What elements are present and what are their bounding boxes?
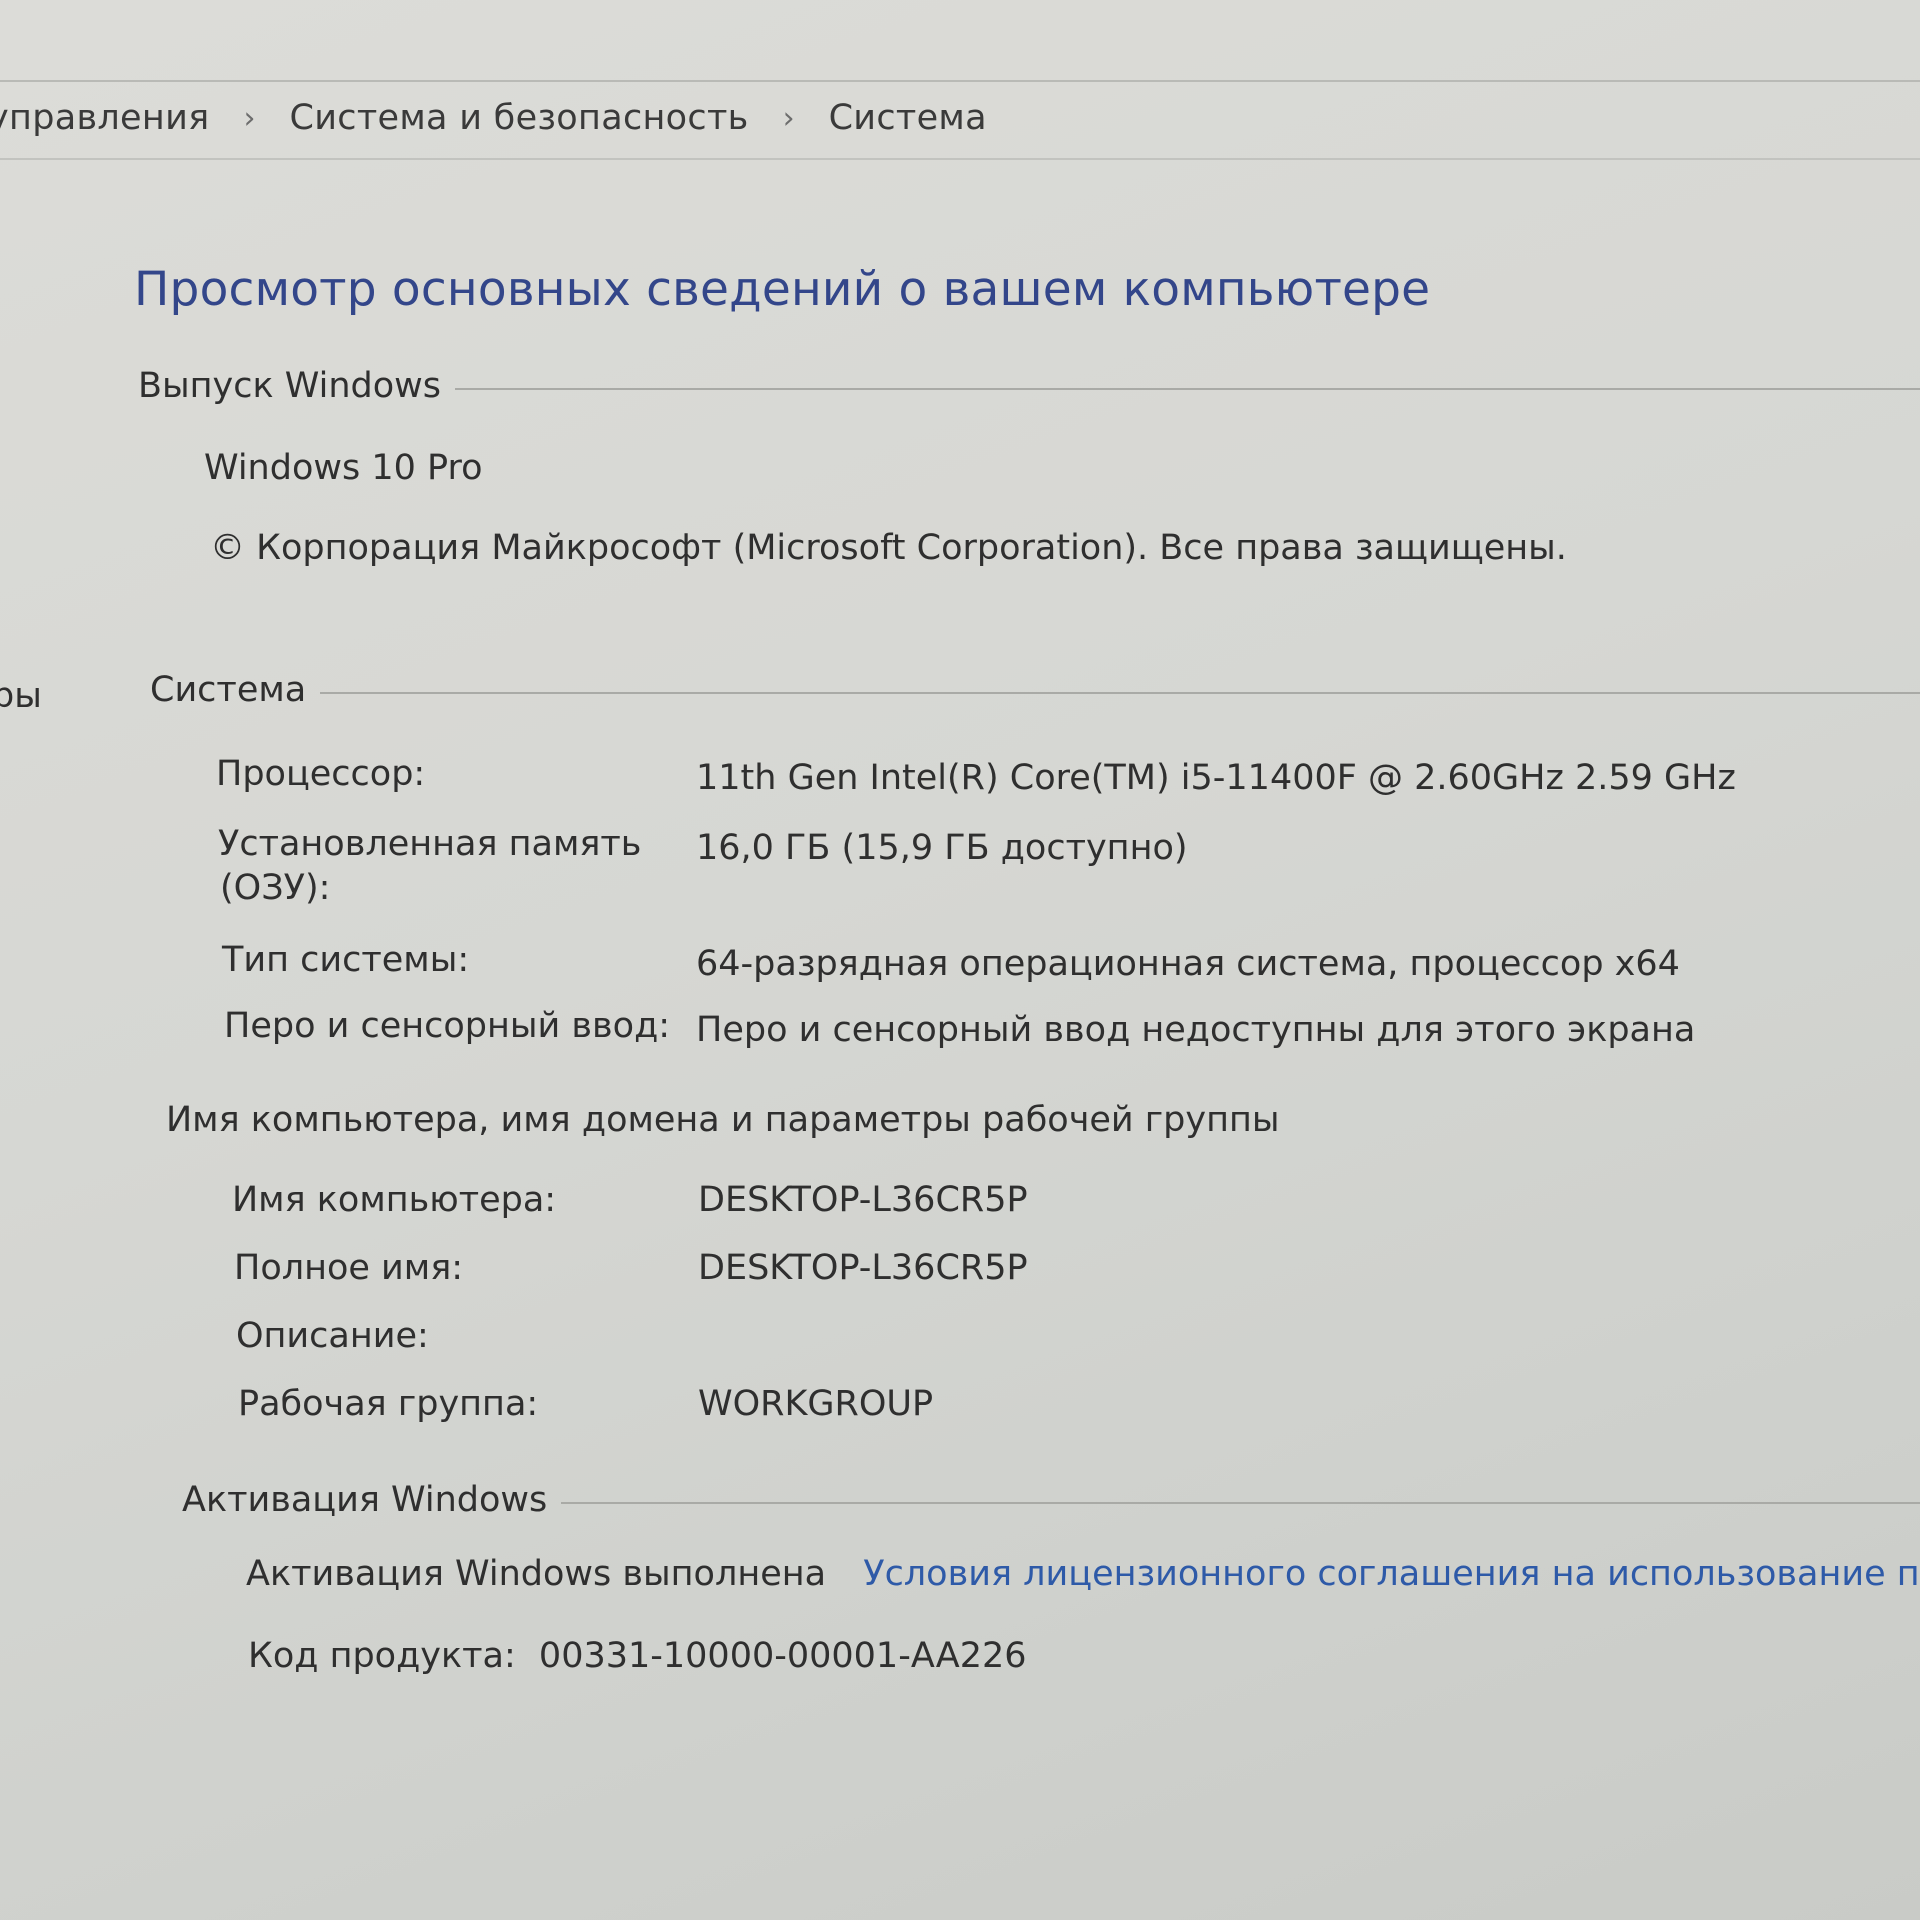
workgroup-label: Рабочая группа: xyxy=(238,1382,538,1426)
license-terms-link[interactable]: Условия лицензионного соглашения на испо… xyxy=(863,1554,1920,1594)
system-type-label: Тип системы: xyxy=(222,938,469,982)
breadcrumb: управления › Система и безопасность › Си… xyxy=(0,98,987,138)
section-divider xyxy=(455,388,1920,390)
memory-label: Установленная память xyxy=(218,822,641,866)
processor-value: 11th Gen Intel(R) Core(TM) i5-11400F @ 2… xyxy=(696,756,1736,800)
chevron-right-icon[interactable]: › xyxy=(243,101,255,136)
section-header-label: Активация Windows xyxy=(182,1480,547,1520)
breadcrumb-control-panel[interactable]: управления xyxy=(0,98,209,138)
activation-status-row: Активация Windows выполнена Условия лице… xyxy=(246,1554,1920,1594)
product-key-row: Код продукта: 00331-10000-00001-AA226 xyxy=(248,1636,1027,1676)
computer-name-label: Имя компьютера: xyxy=(232,1178,556,1222)
section-windows-edition: Выпуск Windows xyxy=(138,366,1920,406)
product-key-label: Код продукта: xyxy=(248,1636,516,1676)
computer-name-value: DESKTOP-L36CR5P xyxy=(698,1178,1028,1222)
processor-label: Процессор: xyxy=(216,752,425,796)
section-system: Система xyxy=(150,670,1920,710)
section-divider xyxy=(561,1502,1920,1504)
section-computer-name: Имя компьютера, имя домена и параметры р… xyxy=(166,1100,1280,1140)
section-header-label: Система xyxy=(150,670,306,710)
activation-status: Активация Windows выполнена xyxy=(246,1554,826,1594)
page-title: Просмотр основных сведений о вашем компь… xyxy=(134,262,1430,317)
copyright-text: © Корпорация Майкрософт (Microsoft Corpo… xyxy=(210,528,1567,568)
memory-value: 16,0 ГБ (15,9 ГБ доступно) xyxy=(696,826,1188,870)
workgroup-value: WORKGROUP xyxy=(698,1382,933,1426)
section-header-label: Имя компьютера, имя домена и параметры р… xyxy=(166,1100,1280,1140)
pen-touch-label: Перо и сенсорный ввод: xyxy=(224,1004,670,1048)
system-type-value: 64-разрядная операционная система, проце… xyxy=(696,942,1680,986)
memory-label-2: (ОЗУ): xyxy=(220,866,330,910)
full-name-label: Полное имя: xyxy=(234,1246,463,1290)
section-divider xyxy=(320,692,1920,694)
section-activation: Активация Windows xyxy=(182,1480,1920,1520)
breadcrumb-system[interactable]: Система xyxy=(829,98,987,138)
breadcrumb-system-security[interactable]: Система и безопасность xyxy=(289,98,748,138)
pen-touch-value: Перо и сенсорный ввод недоступны для это… xyxy=(696,1008,1695,1052)
windows-edition-value: Windows 10 Pro xyxy=(204,448,483,488)
full-name-value: DESKTOP-L36CR5P xyxy=(698,1246,1028,1290)
section-header-label: Выпуск Windows xyxy=(138,366,441,406)
sidebar-item-partial[interactable]: ры xyxy=(0,676,42,716)
product-key-value: 00331-10000-00001-AA226 xyxy=(539,1636,1027,1676)
chevron-right-icon[interactable]: › xyxy=(783,101,795,136)
description-label: Описание: xyxy=(236,1314,429,1358)
